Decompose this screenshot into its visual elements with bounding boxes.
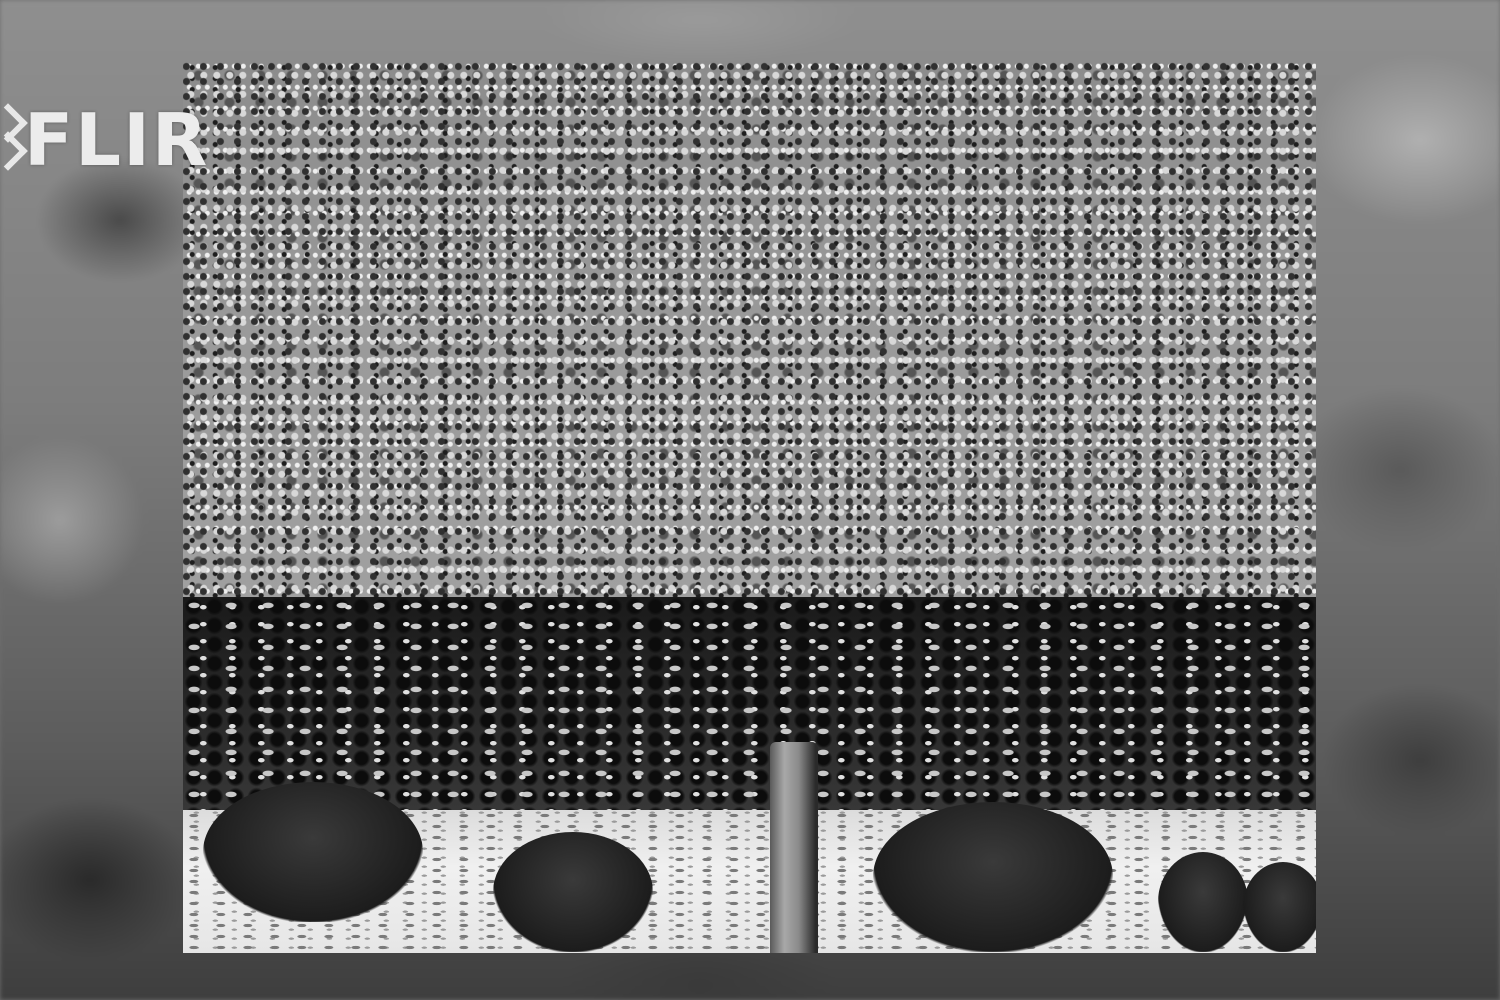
thermal-image-frame <box>183 62 1316 953</box>
rocky-hillside <box>183 62 1316 614</box>
bush <box>203 782 423 922</box>
bush <box>1158 852 1248 952</box>
logo-text: FLIR <box>24 104 209 176</box>
bush <box>1243 862 1316 952</box>
bush <box>493 832 653 952</box>
flir-logo: FLIR <box>0 100 209 180</box>
wooden-post <box>770 742 818 953</box>
flir-chevron-icon <box>0 105 20 175</box>
bush <box>873 802 1113 952</box>
